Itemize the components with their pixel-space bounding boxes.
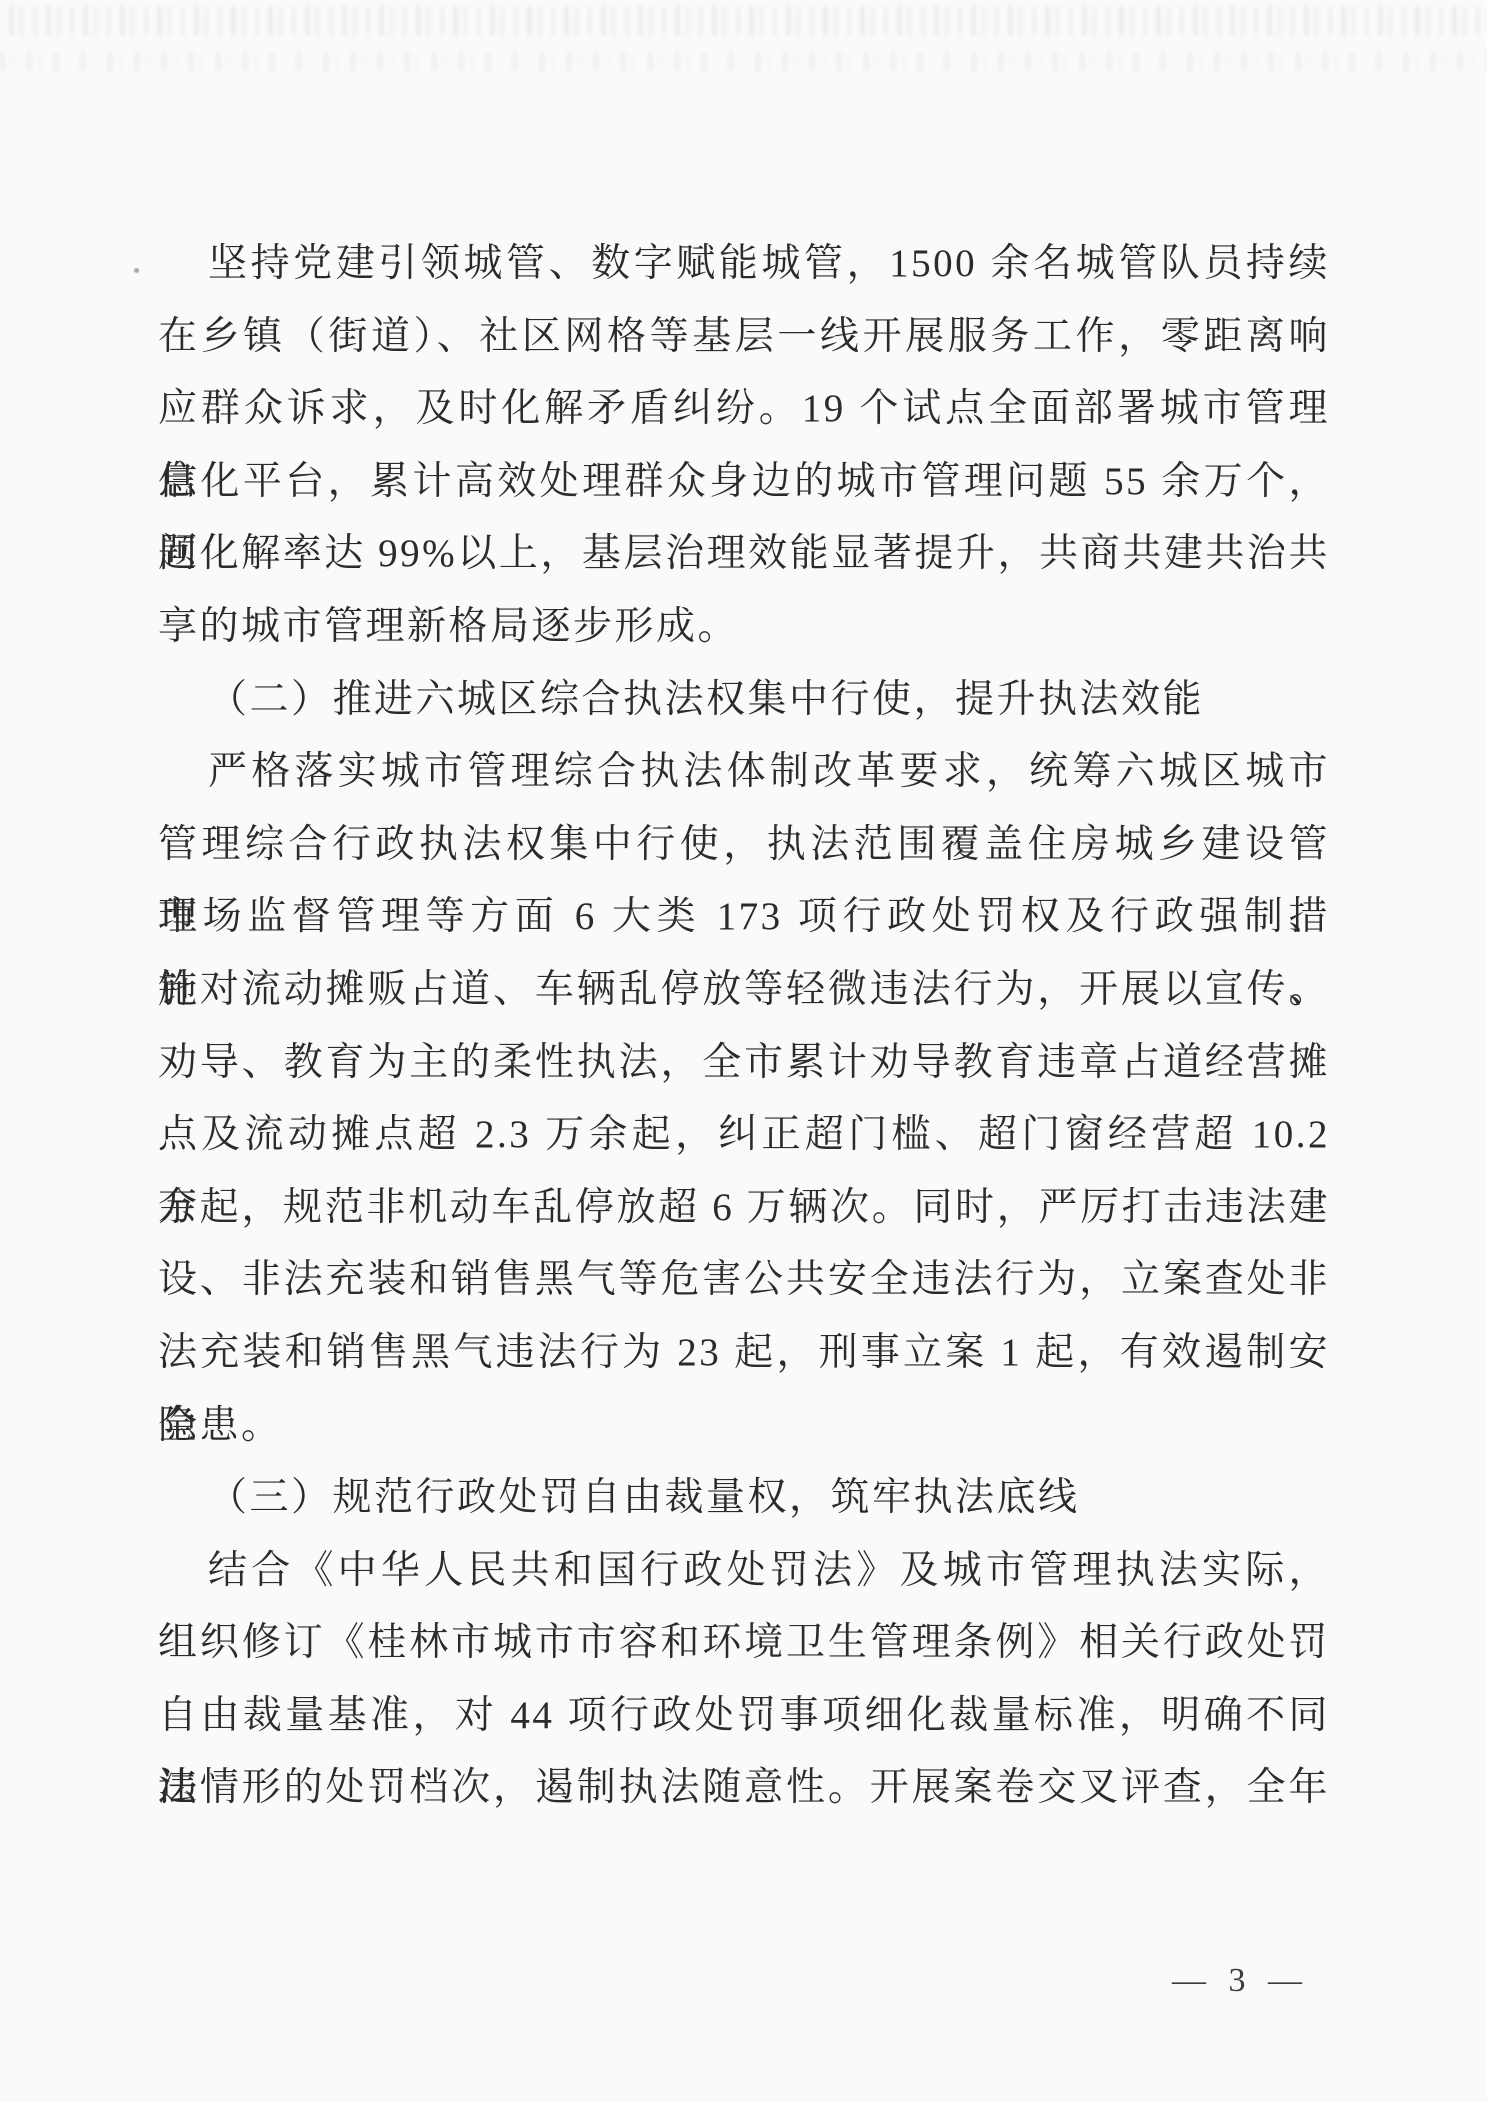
bleed-through-artifact: [10, 6, 1485, 36]
text-line: 法情形的处罚档次，遏制执法随意性。开展案卷交叉评查，全年: [158, 1752, 1330, 1825]
text-line: 在乡镇（街道）、社区网格等基层一线开展服务工作，零距离响: [158, 301, 1330, 374]
text-line: 针对流动摊贩占道、车辆乱停放等轻微违法行为，开展以宣传、: [158, 954, 1330, 1027]
text-line: 法充装和销售黑气违法行为 23 起，刑事立案 1 起，有效遏制安全: [158, 1317, 1330, 1390]
text-line: 管理综合行政执法权集中行使，执法范围覆盖住房城乡建设管理、: [158, 809, 1330, 882]
text-line: 劝导、教育为主的柔性执法，全市累计劝导教育违章占道经营摊: [158, 1027, 1330, 1100]
text-line: 严格落实城市管理综合执法体制改革要求，统筹六城区城市: [158, 736, 1330, 809]
section-heading: （三）规范行政处罚自由裁量权，筑牢执法底线: [158, 1462, 1330, 1535]
section-heading: （二）推进六城区综合执法权集中行使，提升执法效能: [158, 664, 1330, 737]
text-line: 余起，规范非机动车乱停放超 6 万辆次。同时，严厉打击违法建: [158, 1172, 1330, 1245]
text-line: 组织修订《桂林市城市市容和环境卫生管理条例》相关行政处罚: [158, 1607, 1330, 1680]
text-line: 隐患。: [158, 1390, 1330, 1463]
text-line: 市场监督管理等方面 6 大类 173 项行政处罚权及行政强制措施。: [158, 881, 1330, 954]
page-number: — 3 —: [1172, 1962, 1309, 2000]
text-line: 题化解率达 99%以上，基层治理效能显著提升，共商共建共治共: [158, 518, 1330, 591]
paragraph: 坚持党建引领城管、数字赋能城管，1500 余名城管队员持续在乡镇（街道）、社区网…: [158, 228, 1330, 664]
bleed-through-artifact: [0, 52, 1487, 72]
text-line: （二）推进六城区综合执法权集中行使，提升执法效能: [158, 664, 1330, 737]
document-page: 坚持党建引领城管、数字赋能城管，1500 余名城管队员持续在乡镇（街道）、社区网…: [0, 0, 1487, 2102]
text-line: （三）规范行政处罚自由裁量权，筑牢执法底线: [158, 1462, 1330, 1535]
paragraph: 严格落实城市管理综合执法体制改革要求，统筹六城区城市管理综合行政执法权集中行使，…: [158, 736, 1330, 1462]
text-line: 点及流动摊点超 2.3 万余起，纠正超门槛、超门窗经营超 10.2 万: [158, 1099, 1330, 1172]
text-line: 应群众诉求，及时化解矛盾纠纷。19 个试点全面部署城市管理信: [158, 373, 1330, 446]
text-line: 享的城市管理新格局逐步形成。: [158, 591, 1330, 664]
text-line: 息化平台，累计高效处理群众身边的城市管理问题 55 余万个，问: [158, 446, 1330, 519]
ink-speckle: [134, 268, 139, 273]
text-line: 坚持党建引领城管、数字赋能城管，1500 余名城管队员持续: [158, 228, 1330, 301]
text-line: 设、非法充装和销售黑气等危害公共安全违法行为，立案查处非: [158, 1244, 1330, 1317]
page-body-text: 坚持党建引领城管、数字赋能城管，1500 余名城管队员持续在乡镇（街道）、社区网…: [158, 228, 1330, 1825]
text-line: 自由裁量基准，对 44 项行政处罚事项细化裁量标准，明确不同违: [158, 1680, 1330, 1753]
text-line: 结合《中华人民共和国行政处罚法》及城市管理执法实际，: [158, 1535, 1330, 1608]
paragraph: 结合《中华人民共和国行政处罚法》及城市管理执法实际，组织修订《桂林市城市市容和环…: [158, 1535, 1330, 1825]
